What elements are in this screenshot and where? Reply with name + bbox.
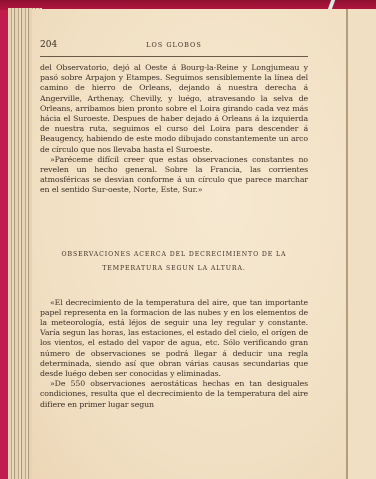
paragraph-observatorio: del Observatorio, dejó al Oeste á Bourg-… (40, 63, 308, 155)
paragraph-temperature-decrease: «El decrecimiento de la temperatura del … (40, 298, 308, 380)
section-heading-line-2: TEMPERATURA SEGUN LA ALTURA. (40, 262, 308, 276)
section-heading-line-1: OBSERVACIONES ACERCA DEL DECRECIMIENTO D… (40, 248, 308, 262)
running-title: LOS GLOBOS (40, 41, 308, 49)
page-header: 204 LOS GLOBOS (40, 40, 308, 57)
book-photo: 204 LOS GLOBOS del Observatorio, dejó al… (0, 0, 376, 479)
page-content: 204 LOS GLOBOS del Observatorio, dejó al… (40, 40, 308, 410)
facing-page (348, 9, 376, 479)
paragraph-quote-currents: »Paréceme difícil creer que estas observ… (40, 155, 308, 196)
paragraph-550-observations: »De 550 observaciones aerostáticas hecha… (40, 379, 308, 410)
section-heading: OBSERVACIONES ACERCA DEL DECRECIMIENTO D… (40, 248, 308, 276)
